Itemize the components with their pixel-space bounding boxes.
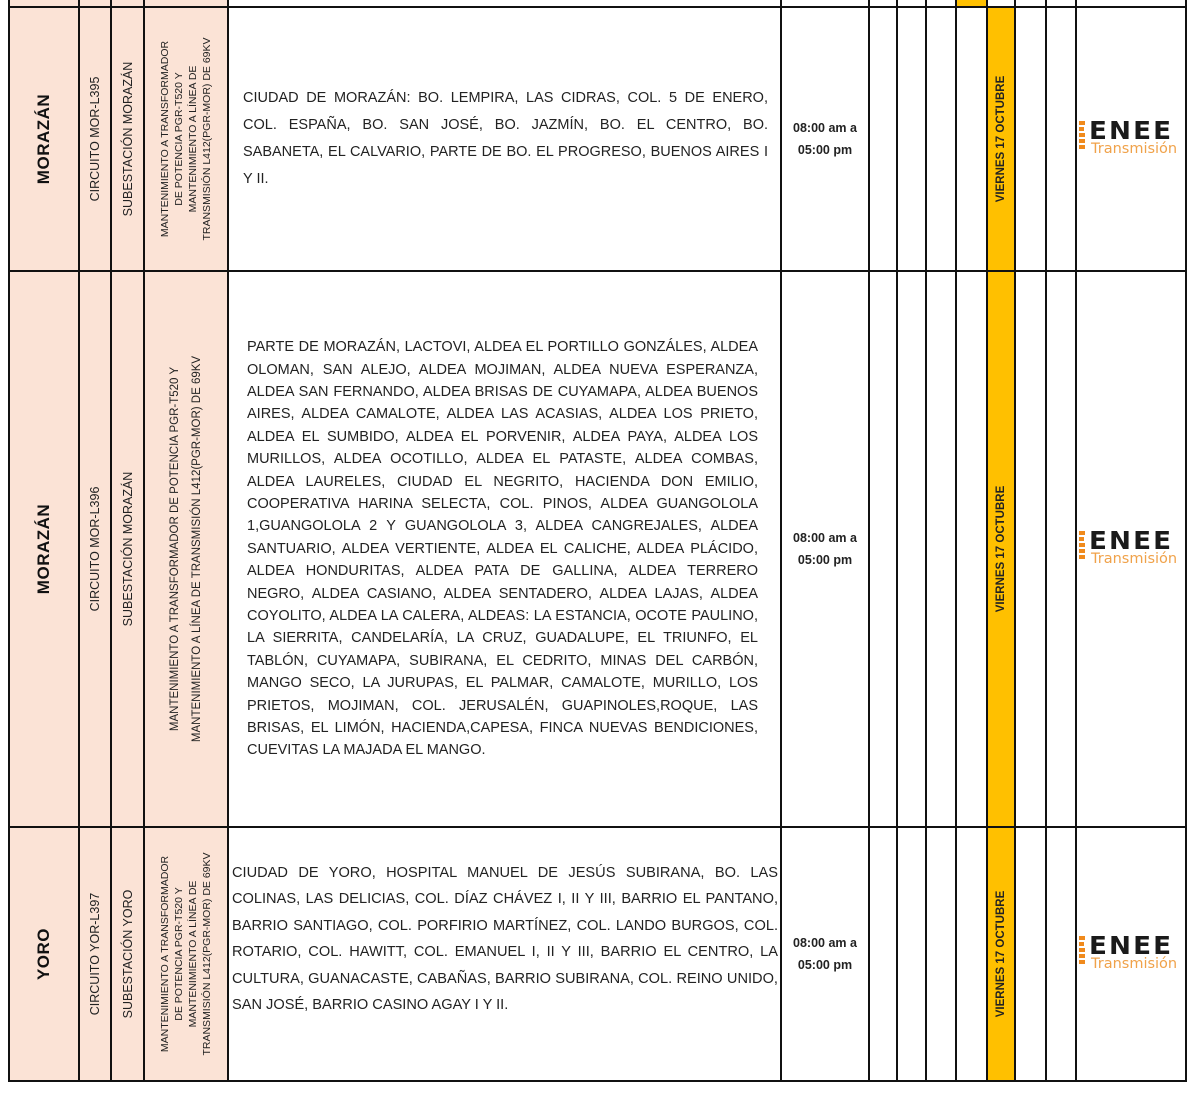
hours-cell: 08:00 am a05:00 pm xyxy=(781,7,869,271)
work-description-cell: MANTENIMIENTO A TRANSFORMADOR DE POTENCI… xyxy=(144,827,228,1081)
work-description-cell: MANTENIMIENTO A TRANSFORMADOR DE POTENCI… xyxy=(144,7,228,271)
circuit-cell: CIRCUITO MOR-L396 xyxy=(79,271,111,827)
table-row-partial xyxy=(9,0,1186,7)
logo-cell: ENEE Transmisión xyxy=(1076,827,1186,1081)
circuit-cell: CIRCUITO YOR-L397 xyxy=(79,827,111,1081)
substation-cell: SUBESTACIÓN MORAZÁN xyxy=(111,7,144,271)
substation-cell: SUBESTACIÓN MORAZÁN xyxy=(111,271,144,827)
schedule-table: MORAZÁN CIRCUITO MOR-L395 SUBESTACIÓN MO… xyxy=(8,0,1187,1082)
sectors-text: CIUDAD DE MORAZÁN: BO. LEMPIRA, LAS CIDR… xyxy=(229,85,780,193)
enee-transmision-logo: ENEE Transmisión xyxy=(1077,119,1186,159)
logo-mark-icon xyxy=(1079,531,1085,561)
logo-mark-icon xyxy=(1079,936,1085,966)
date-cell: VIERNES 17 OCTUBRE xyxy=(987,271,1015,827)
hours-text: 08:00 am a05:00 pm xyxy=(782,527,868,571)
sectors-cell: PARTE DE MORAZÁN, LACTOVI, ALDEA EL PORT… xyxy=(228,271,781,827)
maintenance-schedule-sheet: MORAZÁN CIRCUITO MOR-L395 SUBESTACIÓN MO… xyxy=(0,0,1195,1094)
work-description: MANTENIMIENTO A TRANSFORMADOR DE POTENCI… xyxy=(164,356,208,742)
hours-cell: 08:00 am a05:00 pm xyxy=(781,271,869,827)
logo-cell: ENEE Transmisión xyxy=(1076,7,1186,271)
enee-transmision-logo: ENEE Transmisión xyxy=(1077,529,1186,569)
table-row: YORO CIRCUITO YOR-L397 SUBESTACIÓN YORO … xyxy=(9,827,1186,1081)
hours-cell: 08:00 am a05:00 pm xyxy=(781,827,869,1081)
table-row: MORAZÁN CIRCUITO MOR-L395 SUBESTACIÓN MO… xyxy=(9,7,1186,271)
sectors-cell: CIUDAD DE YORO, HOSPITAL MANUEL DE JESÚS… xyxy=(228,827,781,1081)
substation-cell: SUBESTACIÓN YORO xyxy=(111,827,144,1081)
department-cell: MORAZÁN xyxy=(9,7,79,271)
circuit-cell: CIRCUITO MOR-L395 xyxy=(79,7,111,271)
logo-mark-icon xyxy=(1079,121,1085,151)
sectors-cell: CIUDAD DE MORAZÁN: BO. LEMPIRA, LAS CIDR… xyxy=(228,7,781,271)
work-description: MANTENIMIENTO A TRANSFORMADOR DE POTENCI… xyxy=(158,852,214,1055)
sectors-text: CIUDAD DE YORO, HOSPITAL MANUEL DE JESÚS… xyxy=(229,860,780,1049)
sectors-text: PARTE DE MORAZÁN, LACTOVI, ALDEA EL PORT… xyxy=(229,336,780,762)
hours-text: 08:00 am a05:00 pm xyxy=(782,932,868,976)
work-description: MANTENIMIENTO A TRANSFORMADOR DE POTENCI… xyxy=(158,37,214,240)
enee-transmision-logo: ENEE Transmisión xyxy=(1077,934,1186,974)
work-description-cell: MANTENIMIENTO A TRANSFORMADOR DE POTENCI… xyxy=(144,271,228,827)
hours-text: 08:00 am a05:00 pm xyxy=(782,117,868,161)
table-row: MORAZÁN CIRCUITO MOR-L396 SUBESTACIÓN MO… xyxy=(9,271,1186,827)
department-cell: YORO xyxy=(9,827,79,1081)
logo-cell: ENEE Transmisión xyxy=(1076,271,1186,827)
date-cell: VIERNES 17 OCTUBRE xyxy=(987,7,1015,271)
date-cell: VIERNES 17 OCTUBRE xyxy=(987,827,1015,1081)
department-cell: MORAZÁN xyxy=(9,271,79,827)
